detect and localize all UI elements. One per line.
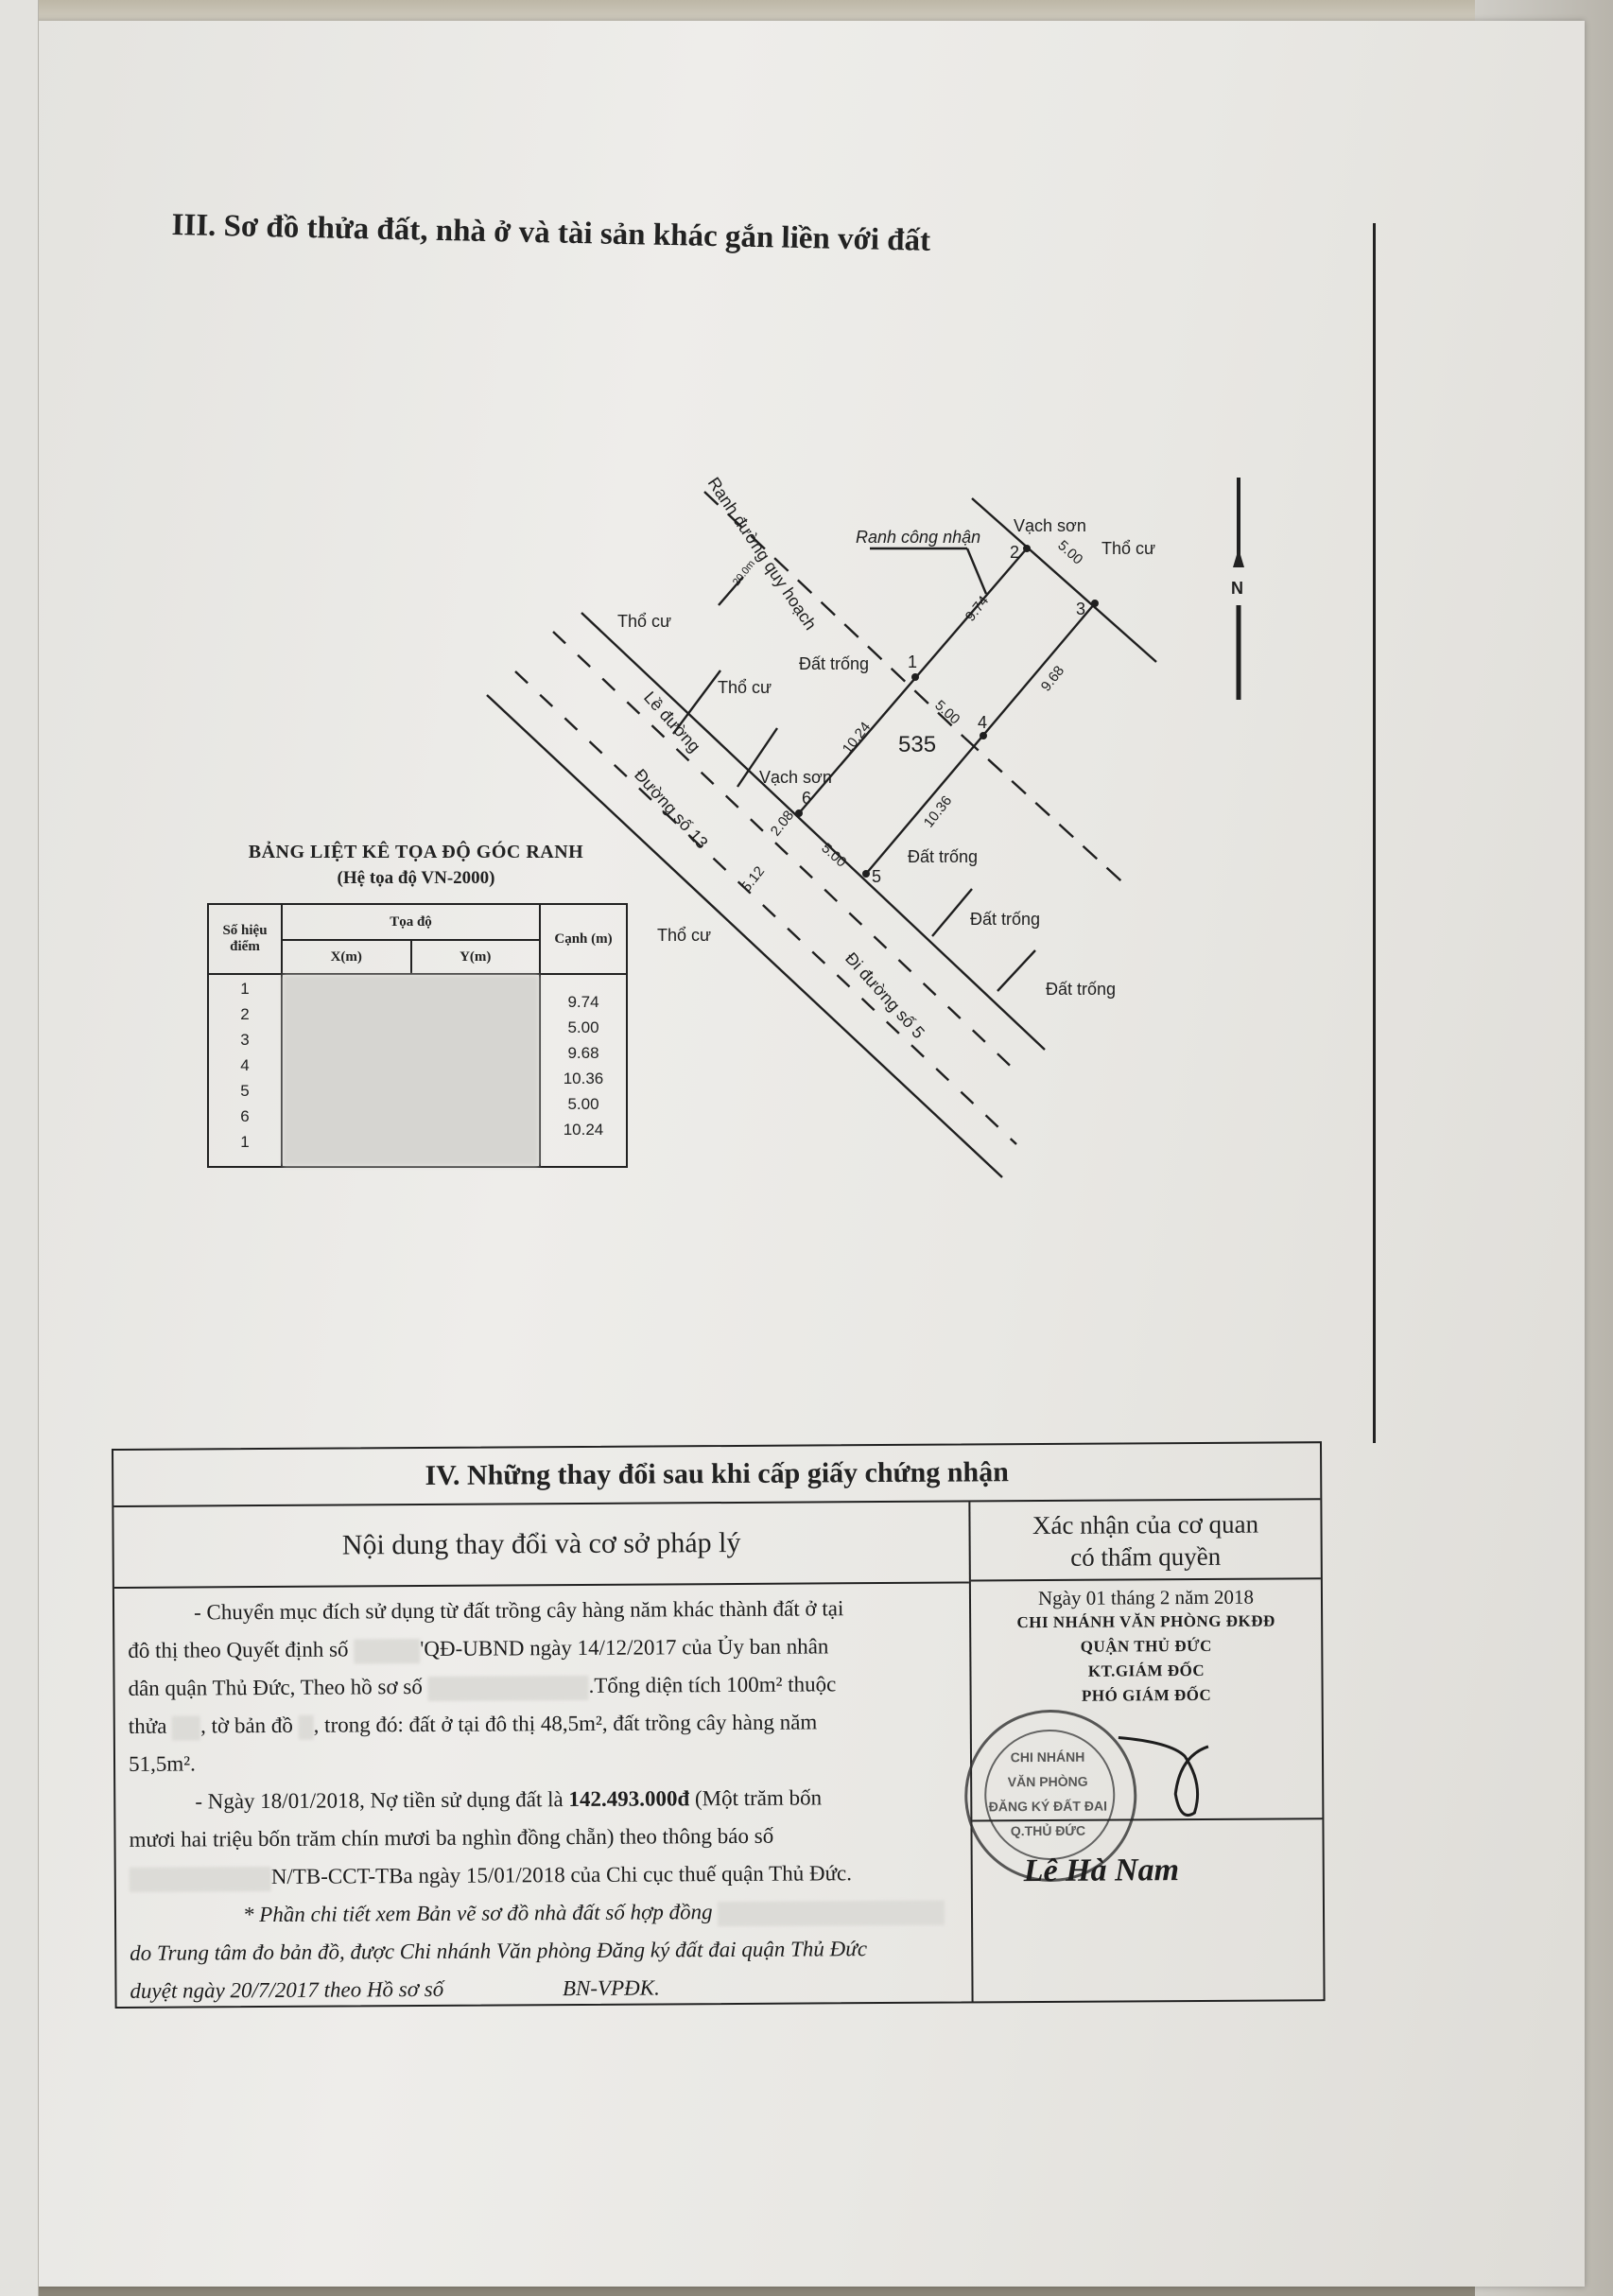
section-4-changes: IV. Những thay đổi sau khi cấp giấy chứn…	[112, 1441, 1326, 2009]
note-line3: duyệt ngày 20/7/2017 theo Hồ sơ số BN-VP…	[130, 1968, 962, 2010]
note-line1: * Phần chi tiết xem Bản vẽ sơ đồ nhà đất…	[130, 1892, 962, 1935]
table-row-point: 1	[210, 1129, 280, 1155]
label-residential-left-2: Thổ cư	[718, 678, 772, 697]
signer-name: Lê Hà Nam	[1024, 1852, 1180, 1889]
point-1: 1	[908, 652, 917, 671]
role-line2: PHÓ GIÁM ĐỐC	[972, 1682, 1322, 1709]
north-arrow-icon: N	[1231, 548, 1244, 598]
table-row-point: 1	[210, 976, 280, 1001]
section-4-title: IV. Những thay đổi sau khi cấp giấy chứn…	[113, 1443, 1320, 1507]
header-coords: Tọa độ	[282, 904, 540, 940]
changes-content: - Chuyển mục đích sử dụng từ đất trồng c…	[128, 1590, 963, 2010]
label-road-13: Đường số 13	[631, 765, 712, 852]
table-row-edge: 10.36	[542, 1066, 625, 1091]
header-y: Y(m)	[411, 940, 541, 974]
label-road-width: 20.0m	[731, 558, 757, 587]
edge-5-6: 5.00	[818, 840, 849, 870]
table-row-edge: 10.24	[542, 1117, 625, 1142]
changes-column-header: Nội dung thay đổi và cơ sở pháp lý	[113, 1502, 969, 1589]
confirmation-header-line1: Xác nhận của cơ quan	[970, 1507, 1320, 1541]
svg-text:N: N	[1231, 579, 1243, 598]
point-5: 5	[872, 867, 881, 886]
table-row-point: 5	[210, 1078, 280, 1104]
point-column: 1 2 3 4 5 6 1	[208, 974, 282, 1167]
org-line2: QUẬN THỦ ĐỨC	[971, 1633, 1321, 1660]
coord-table-subtitle: (Hệ tọa độ VN-2000)	[208, 868, 624, 889]
confirmation-date: Ngày 01 tháng 2 năm 2018	[971, 1585, 1321, 1610]
label-residential-left-1: Thổ cư	[617, 612, 671, 631]
edge-3-4: 9.68	[1038, 663, 1067, 694]
table-row-edge: 5.00	[542, 1091, 625, 1117]
note-line2: do Trung tâm đo bản đồ, được Chi nhánh V…	[130, 1930, 962, 1973]
edge-column: 9.74 5.00 9.68 10.36 5.00 10.24	[540, 974, 627, 1167]
entry1-line2: đô thị theo Quyết định số 'QĐ-UBND ngày …	[128, 1627, 960, 1670]
entry1-line4: thửa , tờ bản đồ , trong đó: đất ở tại đ…	[129, 1703, 961, 1746]
coords-redacted	[282, 974, 540, 1167]
entry2-line2: mươi hai triệu bốn trăm chín mươi ba ngh…	[129, 1817, 961, 1859]
org-line1: CHI NHÁNH VĂN PHÒNG ĐKĐĐ	[971, 1609, 1321, 1635]
table-row-edge: 5.00	[542, 1015, 625, 1040]
header-point: Số hiệu điểm	[208, 904, 282, 974]
label-recognized-boundary: Ranh công nhận	[856, 528, 980, 547]
label-to-road-5: Đi đường số 5	[841, 948, 928, 1042]
confirmation-column-header: Xác nhận của cơ quan có thẩm quyền	[970, 1500, 1321, 1581]
edge-1-4: 5.00	[931, 697, 963, 727]
confirmation-header-line2: có thẩm quyền	[971, 1539, 1321, 1574]
entry1-line5: 51,5m².	[129, 1741, 961, 1783]
table-row-point: 4	[210, 1052, 280, 1078]
label-paint-mark-top: Vạch sơn	[1014, 516, 1086, 535]
authority-confirmation: Ngày 01 tháng 2 năm 2018 CHI NHÁNH VĂN P…	[971, 1585, 1322, 1709]
parcel-number: 535	[898, 732, 936, 757]
table-row-point: 6	[210, 1104, 280, 1129]
table-row-edge: 9.74	[542, 989, 625, 1015]
label-residential-top-right: Thổ cư	[1101, 539, 1155, 558]
header-x: X(m)	[282, 940, 411, 974]
signature-icon	[1114, 1728, 1228, 1833]
coord-table-title: BẢNG LIỆT KÊ TỌA ĐỘ GÓC RANH	[208, 842, 624, 863]
role-line1: KT.GIÁM ĐỐC	[971, 1658, 1321, 1684]
entry1-line3: dân quận Thủ Đức, Theo hồ sơ số .Tổng di…	[128, 1665, 960, 1708]
table-row-edge: 9.68	[542, 1040, 625, 1066]
edge-road-half: 5.12	[738, 863, 768, 895]
table-row-point: 3	[210, 1027, 280, 1052]
label-empty-land-3: Đất trống	[970, 910, 1040, 929]
header-edge: Cạnh (m)	[540, 904, 627, 974]
edge-6-1: 10.24	[840, 719, 875, 757]
label-residential-bottom: Thổ cư	[657, 926, 711, 945]
point-2: 2	[1010, 543, 1019, 562]
point-6: 6	[802, 789, 811, 808]
point-4: 4	[978, 713, 987, 732]
label-empty-land-2: Đất trống	[908, 847, 978, 866]
label-planned-road: Ranh đường quy hoạch	[704, 474, 821, 634]
label-empty-land-4: Đất trống	[1046, 980, 1116, 999]
entry2-line1: - Ngày 18/01/2018, Nợ tiền sử dụng đất l…	[129, 1779, 961, 1821]
label-paint-mark-bottom: Vạch sơn	[759, 768, 832, 787]
entry2-line3: N/TB-CCT-TBa ngày 15/01/2018 của Chi cục…	[130, 1854, 962, 1897]
edge-2-3: 5.00	[1054, 537, 1085, 567]
coord-table: Số hiệu điểm Tọa độ Cạnh (m) X(m) Y(m) 1…	[207, 903, 628, 1168]
edge-4-5: 10.36	[921, 792, 956, 830]
point-3: 3	[1076, 600, 1085, 618]
entry1-line1: - Chuyển mục đích sử dụng từ đất trồng c…	[128, 1590, 960, 1632]
table-row-point: 2	[210, 1001, 280, 1027]
label-empty-land-1: Đất trống	[799, 654, 869, 673]
debt-amount: 142.493.000đ	[568, 1786, 689, 1811]
